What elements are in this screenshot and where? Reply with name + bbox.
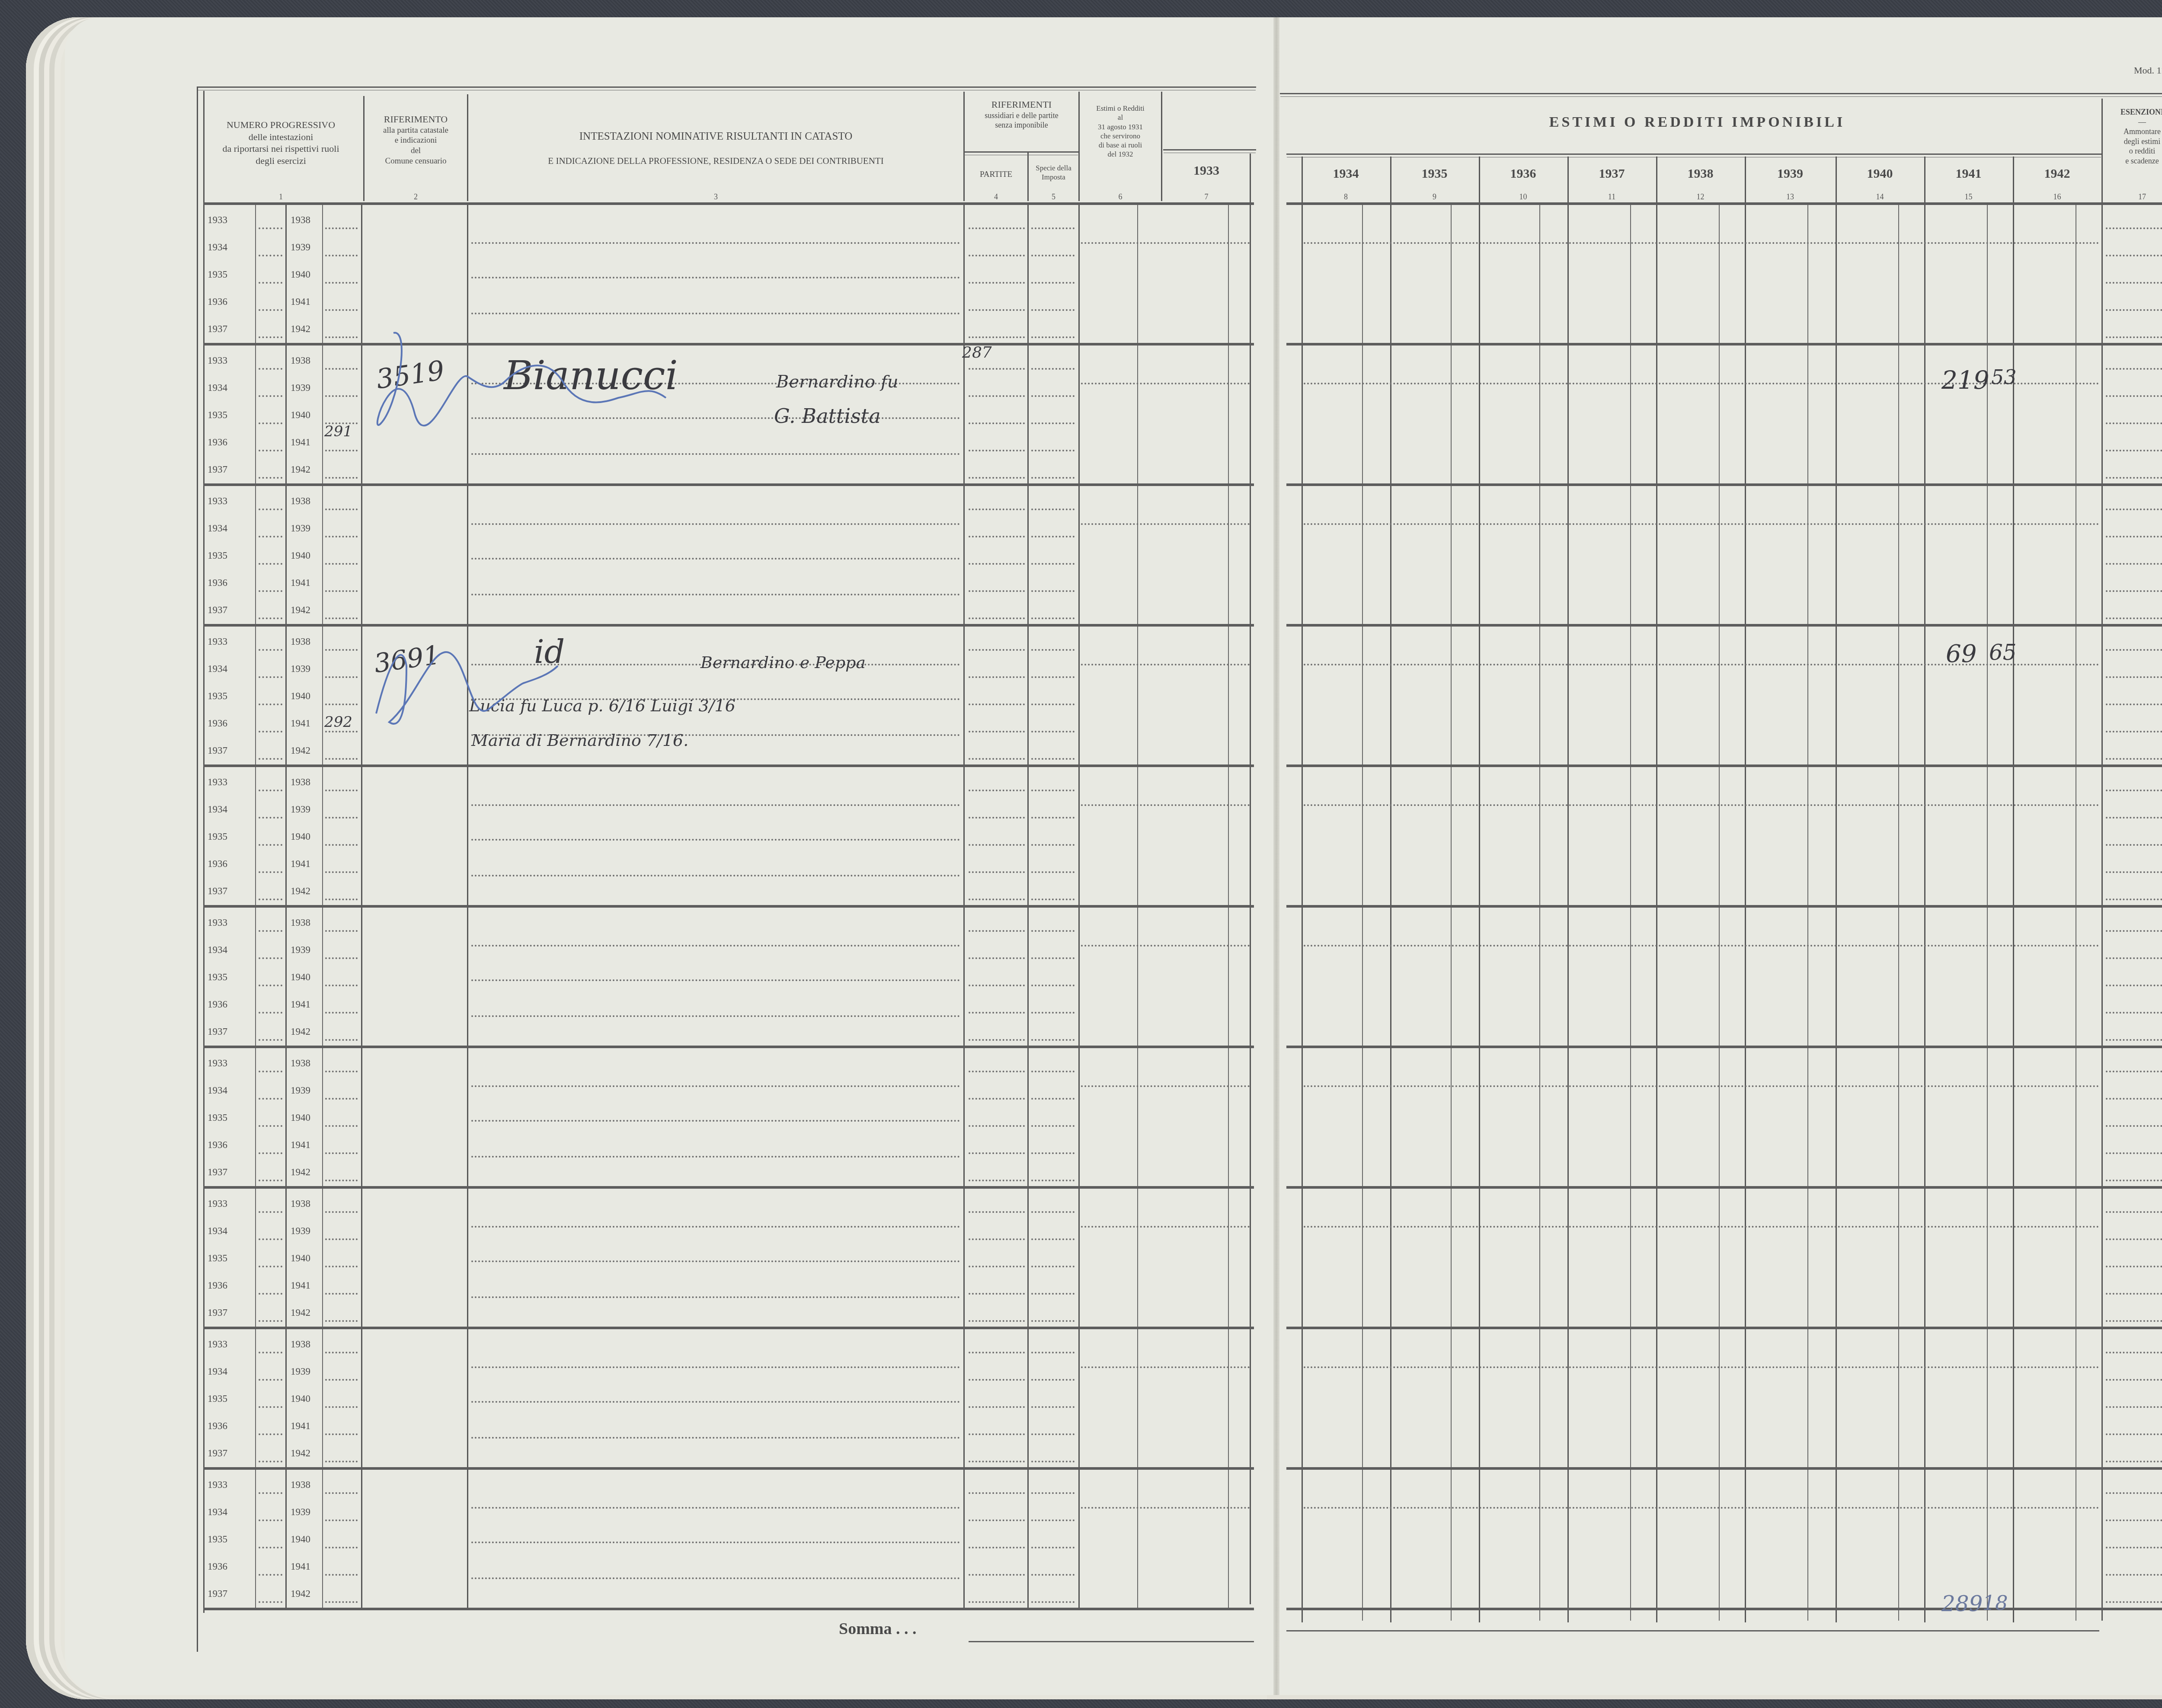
- year-header-1937: 1937: [1567, 166, 1656, 181]
- dot-leader: [1031, 1238, 1075, 1240]
- group-line: sussidiari e delle partite: [965, 111, 1078, 121]
- year-header-1935: 1935: [1390, 166, 1479, 181]
- sum-line: [1286, 1630, 2099, 1631]
- dot-leader: [969, 1266, 1025, 1267]
- year-column-divider: [1745, 157, 1746, 1622]
- dot-leader: [2106, 871, 2162, 873]
- dot-leader: [259, 817, 282, 819]
- dot-leader: [1031, 563, 1075, 565]
- dot-leader: [969, 1152, 1025, 1154]
- row-year-a: 1936: [208, 437, 227, 448]
- dot-leader: [2106, 817, 2162, 819]
- col5-number: 5: [1029, 192, 1078, 202]
- block-separator: [1286, 1327, 2162, 1329]
- name-line: [471, 1260, 960, 1262]
- dot-leader: [259, 1461, 282, 1462]
- dot-leader: [1031, 309, 1075, 311]
- dot-leader: [969, 1547, 1025, 1548]
- estimi-subheader-line: [1286, 154, 2101, 155]
- name-line: [471, 594, 960, 595]
- dot-leader: [325, 758, 358, 760]
- dot-leader: [259, 731, 282, 732]
- dot-leader: [969, 649, 1025, 651]
- dot-leader: [2106, 676, 2162, 678]
- dot-leader: [325, 617, 358, 619]
- name-line: [471, 1542, 960, 1543]
- col1-header: NUMERO PROGRESSIVO delle intestazioni da…: [200, 119, 362, 166]
- year-column-divider: [1924, 157, 1925, 1622]
- dot-leader: [325, 1125, 358, 1127]
- dot-leader: [969, 899, 1025, 900]
- dot-leader: [1031, 1601, 1075, 1603]
- cents-divider: [1807, 202, 1808, 1621]
- dot-leader: [1031, 509, 1075, 510]
- entry-estimate-1941: 219: [1941, 365, 1989, 395]
- row-year-a: 1937: [208, 1307, 227, 1318]
- dot-leader: [1031, 1492, 1075, 1494]
- dot-leader: [325, 930, 358, 932]
- dot-leader: [259, 1266, 282, 1267]
- dot-leader: [2106, 1379, 2162, 1381]
- dot-leader: [969, 1379, 1025, 1381]
- dot-leader: [969, 1039, 1025, 1041]
- dot-leader: [259, 871, 282, 873]
- row-year-b: 1938: [291, 777, 310, 788]
- year-column-number: 9: [1390, 192, 1479, 202]
- dot-leader: [969, 676, 1025, 678]
- row-year-a: 1937: [208, 1026, 227, 1037]
- dot-leader: [259, 477, 282, 479]
- col17-line: degli estimi: [2103, 137, 2162, 147]
- col3-title: INTESTAZIONI NOMINATIVE RISULTANTI IN CA…: [468, 130, 963, 143]
- row-year-a: 1933: [208, 777, 227, 788]
- col6-header: Estimi o Redditi al 31 agosto 1931 che s…: [1080, 104, 1161, 159]
- row-year-a: 1934: [208, 944, 227, 956]
- dot-leader: [2106, 1071, 2162, 1072]
- row-year-a: 1933: [208, 1198, 227, 1209]
- year-column-number: 14: [1836, 192, 1924, 202]
- dot-leader: [259, 1433, 282, 1435]
- dot-leader: [259, 282, 282, 284]
- dot-leader: [259, 1379, 282, 1381]
- dot-leader: [325, 368, 358, 370]
- row-year-b: 1939: [291, 242, 310, 253]
- dot-leader: [259, 227, 282, 229]
- year-column-divider: [1479, 157, 1480, 1622]
- row-year-b: 1938: [291, 214, 310, 226]
- dot-leader: [2106, 368, 2162, 370]
- year-header-1938: 1938: [1656, 166, 1745, 181]
- dot-leader: [325, 844, 358, 846]
- row-year-b: 1939: [291, 1225, 310, 1237]
- dot-leader: [325, 1406, 358, 1408]
- dot-leader: [325, 227, 358, 229]
- blue-pencil-flourish: [363, 329, 839, 454]
- dot-leader: [2106, 649, 2162, 651]
- row-year-a: 1936: [208, 858, 227, 870]
- dot-leader: [259, 1519, 282, 1521]
- form-model-title: Mod. 111 - Imposte Dirette (Intercalare)…: [2134, 65, 2162, 76]
- name-line: [471, 1085, 960, 1087]
- dot-leader: [259, 704, 282, 705]
- row-year-a: 1936: [208, 296, 227, 307]
- mid-line: [1304, 242, 2099, 244]
- dot-leader: [969, 871, 1025, 873]
- cents-divider: [1719, 202, 1720, 1621]
- block-separator: [203, 483, 1254, 486]
- row-year-a: 1935: [208, 831, 227, 842]
- col17-number: 17: [2103, 192, 2162, 202]
- dot-leader: [325, 1461, 358, 1462]
- dot-leader: [1031, 1574, 1075, 1576]
- row-year-b: 1941: [291, 718, 310, 729]
- dot-leader: [2106, 1320, 2162, 1322]
- col6-number: 6: [1080, 192, 1161, 202]
- dot-leader: [259, 1180, 282, 1181]
- cents-divider: [1451, 202, 1452, 1621]
- col2-line: Comune censuario: [365, 156, 467, 166]
- dot-leader: [325, 1211, 358, 1213]
- row-year-a: 1936: [208, 577, 227, 589]
- dot-leader: [1031, 1125, 1075, 1127]
- row-year-a: 1935: [208, 550, 227, 561]
- row-year-b: 1939: [291, 382, 310, 393]
- row-year-b: 1942: [291, 605, 310, 616]
- row-year-b: 1942: [291, 464, 310, 475]
- dot-leader: [1031, 450, 1075, 451]
- row-year-b: 1938: [291, 496, 310, 507]
- col2-line: e indicazioni: [365, 135, 467, 146]
- col5-title: Specie della Imposta: [1029, 163, 1078, 182]
- mid-line: [1081, 1226, 1250, 1228]
- dot-leader: [325, 1098, 358, 1100]
- dot-leader: [2106, 1238, 2162, 1240]
- dot-leader: [259, 1152, 282, 1154]
- row-year-a: 1935: [208, 1112, 227, 1123]
- year-column-divider: [1656, 157, 1657, 1622]
- entry-partite: 287: [962, 344, 992, 361]
- col4-title: PARTITE: [965, 170, 1027, 180]
- row-year-a: 1934: [208, 242, 227, 253]
- dot-leader: [259, 1601, 282, 1603]
- col17-line: e scadenze: [2103, 156, 2162, 166]
- dot-leader: [259, 1574, 282, 1576]
- dot-leader: [2106, 790, 2162, 791]
- name-line: [471, 1577, 960, 1579]
- block-separator: [1286, 624, 2162, 627]
- year-column-number: 13: [1745, 192, 1836, 202]
- col2-title: RIFERIMENTO: [365, 113, 467, 125]
- cents-divider: [1630, 202, 1631, 1621]
- dot-leader: [2106, 1098, 2162, 1100]
- table-right-border: [1250, 154, 1251, 1604]
- dot-leader: [969, 422, 1025, 424]
- dot-leader: [1031, 1071, 1075, 1072]
- dot-leader: [969, 704, 1025, 705]
- dot-leader: [1031, 985, 1075, 986]
- col17-divider: [2101, 99, 2103, 1621]
- name-line: [471, 1156, 960, 1158]
- dot-leader: [259, 536, 282, 537]
- entry-estimate-1941-cents: 65: [1989, 640, 2017, 665]
- col6-line: che servirono: [1080, 131, 1161, 141]
- row-year-b: 1938: [291, 355, 310, 366]
- dot-leader: [259, 309, 282, 311]
- block-separator: [1286, 343, 2162, 345]
- year-column-number: 10: [1479, 192, 1567, 202]
- year-column-number: 11: [1567, 192, 1656, 202]
- name-line: [471, 1226, 960, 1228]
- dot-leader: [969, 1012, 1025, 1014]
- dot-leader: [969, 1320, 1025, 1322]
- row-year-b: 1941: [291, 999, 310, 1010]
- dot-leader: [325, 536, 358, 537]
- mid-line: [1304, 1507, 2099, 1509]
- dot-leader: [259, 649, 282, 651]
- cents-divider: [1539, 202, 1540, 1621]
- dot-leader: [969, 282, 1025, 284]
- dot-leader: [1031, 1180, 1075, 1181]
- row-year-b: 1942: [291, 886, 310, 897]
- dot-leader: [1031, 1211, 1075, 1213]
- year-column-number: 16: [2013, 192, 2101, 202]
- dot-leader: [969, 1601, 1025, 1603]
- dot-leader: [2106, 704, 2162, 705]
- row-year-b: 1942: [291, 745, 310, 756]
- dot-leader: [325, 509, 358, 510]
- row-year-b: 1940: [291, 972, 310, 983]
- group-title: RIFERIMENTI: [965, 99, 1078, 111]
- name-line: [471, 875, 960, 876]
- col2-line: alla partita catastale: [365, 125, 467, 136]
- dot-leader: [2106, 758, 2162, 760]
- dot-leader: [325, 282, 358, 284]
- mid-line: [1081, 1366, 1250, 1368]
- dot-leader: [259, 1039, 282, 1041]
- sum-line: [969, 1641, 1254, 1642]
- dot-leader: [2106, 617, 2162, 619]
- dot-leader: [259, 617, 282, 619]
- dot-leader: [325, 590, 358, 592]
- col17-header: ESENZIONI — Ammontare degli estimi o red…: [2103, 107, 2162, 166]
- name-line: [471, 558, 960, 560]
- dot-leader: [969, 1211, 1025, 1213]
- dot-leader: [259, 1293, 282, 1295]
- col1-number: 1: [200, 192, 362, 202]
- table-top-border: [1280, 93, 2162, 94]
- year-column-divider: [1567, 157, 1569, 1622]
- mid-line: [1304, 1366, 2099, 1368]
- dot-leader: [2106, 422, 2162, 424]
- dot-leader: [969, 536, 1025, 537]
- mid-line: [1081, 664, 1250, 665]
- dot-leader: [969, 1293, 1025, 1295]
- book-gutter: [1273, 17, 1279, 1695]
- dot-leader: [1031, 930, 1075, 932]
- mid-line: [1081, 1507, 1250, 1509]
- dot-leader: [325, 1379, 358, 1381]
- row-year-b: 1938: [291, 1479, 310, 1491]
- dot-leader: [259, 450, 282, 451]
- dot-leader: [325, 1238, 358, 1240]
- row-year-b: 1938: [291, 636, 310, 647]
- name-line: [471, 242, 960, 244]
- col6-line: di base ai ruoli: [1080, 141, 1161, 150]
- name-line: [471, 1015, 960, 1017]
- sum-label: Somma . . .: [839, 1619, 916, 1638]
- row-year-b: 1940: [291, 550, 310, 561]
- row-year-a: 1935: [208, 972, 227, 983]
- name-line: [471, 277, 960, 278]
- block-separator: [1286, 202, 2162, 205]
- dot-leader: [969, 395, 1025, 397]
- dot-leader: [969, 255, 1025, 256]
- dot-leader: [259, 1406, 282, 1408]
- dot-leader: [1031, 817, 1075, 819]
- row-year-a: 1937: [208, 323, 227, 335]
- dot-leader: [2106, 1125, 2162, 1127]
- row-year-b: 1940: [291, 409, 310, 421]
- row-year-a: 1936: [208, 1561, 227, 1572]
- dot-leader: [2106, 477, 2162, 479]
- dot-leader: [969, 1492, 1025, 1494]
- year-column-divider: [1836, 157, 1837, 1622]
- row-year-a: 1934: [208, 804, 227, 815]
- dot-leader: [1031, 617, 1075, 619]
- dot-leader: [259, 957, 282, 959]
- row-year-a: 1935: [208, 691, 227, 702]
- dot-leader: [259, 1492, 282, 1494]
- row-year-a: 1937: [208, 605, 227, 616]
- dot-leader: [969, 590, 1025, 592]
- dot-leader: [969, 1352, 1025, 1353]
- row-year-b: 1938: [291, 1058, 310, 1069]
- dot-leader: [325, 450, 358, 451]
- dot-leader: [259, 1098, 282, 1100]
- row-year-a: 1937: [208, 1588, 227, 1599]
- dot-leader: [2106, 1180, 2162, 1181]
- dot-leader: [969, 790, 1025, 791]
- row-year-a: 1933: [208, 355, 227, 366]
- dot-leader: [259, 930, 282, 932]
- col6-line: del 1932: [1080, 150, 1161, 159]
- dot-leader: [2106, 1012, 2162, 1014]
- dot-leader: [259, 1352, 282, 1353]
- dot-leader: [259, 1211, 282, 1213]
- row-year-b: 1940: [291, 269, 310, 280]
- row-year-b: 1940: [291, 691, 310, 702]
- row-year-a: 1934: [208, 1085, 227, 1096]
- mid-line: [1081, 945, 1250, 947]
- dot-leader: [325, 899, 358, 900]
- col17-title: ESENZIONI: [2103, 107, 2162, 117]
- col7-number: 7: [1163, 192, 1250, 202]
- dot-leader: [325, 1152, 358, 1154]
- entry-progressive-number: 292: [324, 713, 352, 731]
- dot-leader: [1031, 1039, 1075, 1041]
- dot-leader: [969, 1238, 1025, 1240]
- block-separator: [203, 1467, 1254, 1470]
- dot-leader: [2106, 1461, 2162, 1462]
- block-separator: [1286, 1046, 2162, 1048]
- row-year-b: 1940: [291, 831, 310, 842]
- dot-leader: [2106, 309, 2162, 311]
- dot-leader: [325, 1574, 358, 1576]
- row-year-a: 1937: [208, 1448, 227, 1459]
- dot-leader: [325, 1433, 358, 1435]
- year-column-number: 15: [1924, 192, 2013, 202]
- dot-leader: [325, 477, 358, 479]
- dot-leader: [259, 1125, 282, 1127]
- row-year-a: 1934: [208, 1366, 227, 1377]
- dot-leader: [969, 336, 1025, 338]
- col2-header: RIFERIMENTO alla partita catastale e ind…: [365, 113, 467, 166]
- dot-leader: [325, 1180, 358, 1181]
- name-line: [471, 1401, 960, 1403]
- dot-leader: [325, 336, 358, 338]
- dot-leader: [1031, 477, 1075, 479]
- entry-given-name: Bernardino e Peppa: [700, 653, 866, 672]
- col17-line: o redditi: [2103, 146, 2162, 156]
- row-year-b: 1939: [291, 523, 310, 534]
- name-line: [471, 839, 960, 841]
- dot-leader: [325, 1039, 358, 1041]
- row-year-b: 1942: [291, 1448, 310, 1459]
- row-year-b: 1938: [291, 1198, 310, 1209]
- dot-leader: [259, 844, 282, 846]
- row-year-b: 1941: [291, 1420, 310, 1432]
- mid-line: [1081, 242, 1250, 244]
- dot-leader: [325, 790, 358, 791]
- dot-leader: [325, 731, 358, 732]
- row-year-b: 1942: [291, 1026, 310, 1037]
- dot-leader: [2106, 563, 2162, 565]
- entry-estimate-1941: 69: [1946, 640, 1977, 668]
- year-header-1942: 1942: [2013, 166, 2101, 181]
- dot-leader: [1031, 704, 1075, 705]
- year-column-number: 12: [1656, 192, 1745, 202]
- col1-title: NUMERO PROGRESSIVO: [200, 119, 362, 131]
- row-year-b: 1939: [291, 804, 310, 815]
- cents-divider: [1987, 202, 1988, 1621]
- row-year-b: 1941: [291, 437, 310, 448]
- sum-1941-cents: 18: [1983, 1591, 2008, 1615]
- dot-leader: [2106, 395, 2162, 397]
- dot-leader: [2106, 590, 2162, 592]
- row-year-b: 1939: [291, 1366, 310, 1377]
- col6-line: 31 agosto 1931: [1080, 122, 1161, 131]
- block-separator: [203, 202, 1254, 205]
- row-year-b: 1940: [291, 1534, 310, 1545]
- dot-leader: [969, 617, 1025, 619]
- row-year-b: 1940: [291, 1112, 310, 1123]
- row-year-a: 1933: [208, 917, 227, 928]
- table-left-border: [197, 86, 198, 1652]
- dot-leader: [1031, 1098, 1075, 1100]
- dot-leader: [325, 563, 358, 565]
- year-column-number: 8: [1302, 192, 1390, 202]
- col1-line: da riportarsi nei rispettivi ruoli: [200, 143, 362, 155]
- dot-leader: [2106, 1547, 2162, 1548]
- dot-leader: [1031, 758, 1075, 760]
- block-separator: [1286, 905, 2162, 908]
- col17-dash: —: [2103, 117, 2162, 127]
- dot-leader: [1031, 1406, 1075, 1408]
- dot-leader: [259, 1320, 282, 1322]
- row-year-a: 1937: [208, 1167, 227, 1178]
- entry-progressive-number: 291: [324, 423, 352, 440]
- mid-line: [1081, 383, 1250, 384]
